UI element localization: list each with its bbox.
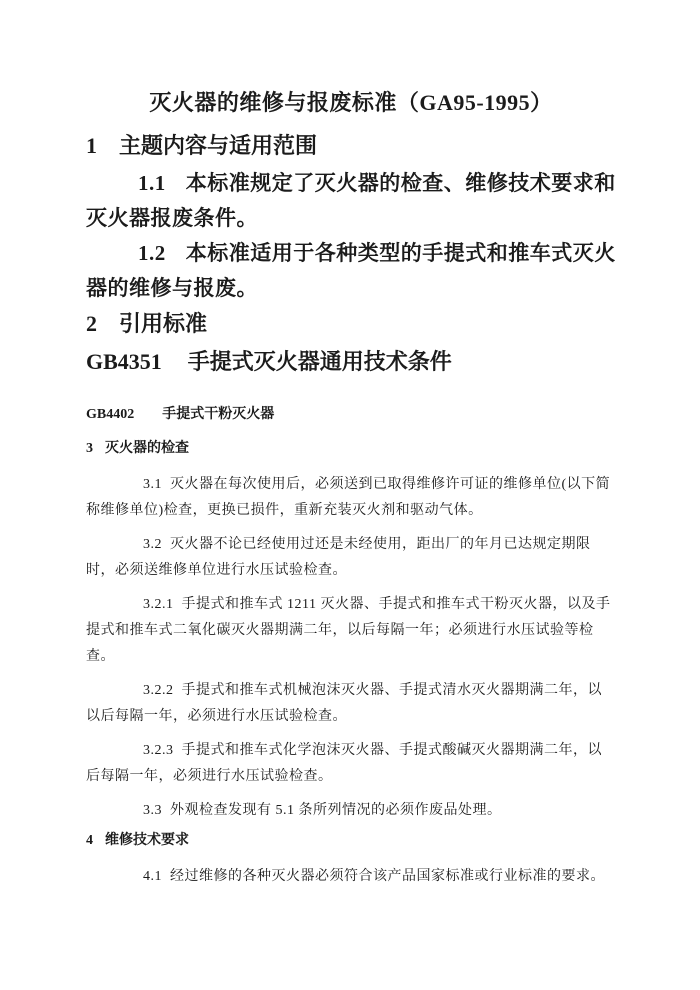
reference-gb4402-text: 手提式干粉灭火器 <box>162 407 274 422</box>
section-2-number: 2 <box>86 306 97 342</box>
section-1-heading: 1主题内容与适用范围 <box>86 128 616 164</box>
clause-3-2-paragraph: 3.2灭火器不论已经使用过还是未经使用，距出厂的年月已达规定期限时，必须送维修单… <box>86 532 616 584</box>
clause-3-1-paragraph: 3.1灭火器在每次使用后，必须送到已取得维修许可证的维修单位(以下简称维修单位)… <box>86 472 616 524</box>
section-2-title-text: 引用标准 <box>119 311 207 336</box>
section-4-title-text: 维修技术要求 <box>105 833 189 848</box>
clause-1-2-paragraph: 1.2本标准适用于各种类型的手提式和推车式灭火器的维修与报废。 <box>86 236 616 306</box>
clause-3-2-2-number: 3.2.2 <box>143 683 174 698</box>
section-4-heading: 4维修技术要求 <box>86 832 616 850</box>
clause-1-2-number: 1.2 <box>138 241 166 265</box>
clause-3-2-2-paragraph: 3.2.2手提式和推车式机械泡沫灭火器、手提式清水灭火器期满二年，以以后每隔一年… <box>86 678 616 730</box>
clause-3-3-number: 3.3 <box>143 803 162 818</box>
section-3-heading: 3灭火器的检查 <box>86 440 616 458</box>
clause-3-3-paragraph: 3.3外观检查发现有 5.1 条所列情况的必须作废品处理。 <box>86 798 616 824</box>
clause-3-2-number: 3.2 <box>143 537 162 552</box>
reference-gb4402-code: GB4402 <box>86 406 134 424</box>
clause-3-2-3-paragraph: 3.2.3手提式和推车式化学泡沫灭火器、手提式酸碱灭火器期满二年，以后每隔一年，… <box>86 738 616 790</box>
reference-gb4402: GB4402手提式干粉灭火器 <box>86 406 616 424</box>
clause-3-1-text: 灭火器在每次使用后，必须送到已取得维修许可证的维修单位(以下简称维修单位)检查，… <box>86 477 610 518</box>
document-title: 灭火器的维修与报废标准（GA95-1995） <box>86 88 616 118</box>
section-2-heading: 2引用标准 <box>86 306 616 342</box>
clause-1-1-number: 1.1 <box>138 171 166 195</box>
section-1-title-text: 主题内容与适用范围 <box>119 133 317 158</box>
clause-1-1-paragraph: 1.1本标准规定了灭火器的检查、维修技术要求和灭火器报废条件。 <box>86 166 616 236</box>
clause-3-1-number: 3.1 <box>143 477 162 492</box>
section-3-number: 3 <box>86 440 93 458</box>
reference-gb4351-code: GB4351 <box>86 344 162 380</box>
clause-3-2-3-number: 3.2.3 <box>143 743 174 758</box>
document-page: 灭火器的维修与报废标准（GA95-1995） 1主题内容与适用范围 1.1本标准… <box>0 0 700 990</box>
reference-gb4351-text: 手提式灭火器通用技术条件 <box>188 349 452 374</box>
clause-3-3-text: 外观检查发现有 5.1 条所列情况的必须作废品处理。 <box>170 803 502 818</box>
clause-4-1-paragraph: 4.1经过维修的各种灭火器必须符合该产品国家标准或行业标准的要求。 <box>86 864 616 890</box>
reference-gb4351: GB4351手提式灭火器通用技术条件 <box>86 344 616 380</box>
section-1-number: 1 <box>86 128 97 164</box>
clause-4-1-text: 经过维修的各种灭火器必须符合该产品国家标准或行业标准的要求。 <box>170 869 605 884</box>
document-content: 灭火器的维修与报废标准（GA95-1995） 1主题内容与适用范围 1.1本标准… <box>0 0 700 890</box>
clause-3-2-1-paragraph: 3.2.1手提式和推车式 1211 灭火器、手提式和推车式干粉灭火器，以及手提式… <box>86 592 616 670</box>
clause-4-1-number: 4.1 <box>143 869 162 884</box>
section-4-number: 4 <box>86 832 93 850</box>
clause-3-2-1-number: 3.2.1 <box>143 597 174 612</box>
section-3-title-text: 灭火器的检查 <box>105 441 189 456</box>
